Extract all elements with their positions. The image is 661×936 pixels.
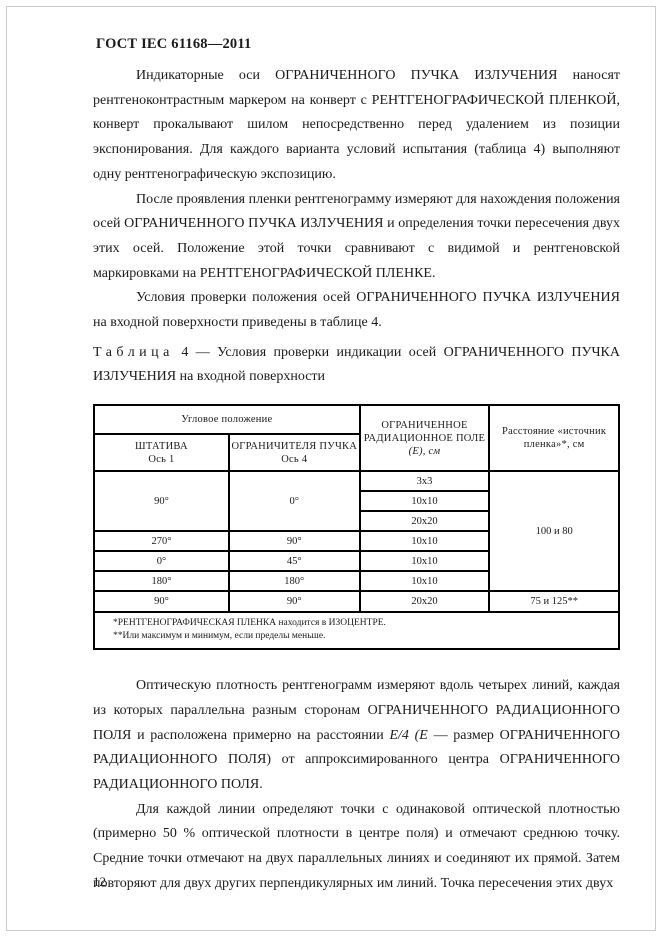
- cell-distance-main: 100 и 80: [489, 471, 619, 591]
- table-caption-label: Таблица: [93, 345, 174, 360]
- cell-limiter-group: 0°: [229, 471, 360, 531]
- paragraph-optical-density: Оптическую плотность рентгенограмм измер…: [93, 674, 620, 798]
- cell-field-10x10-d: 10x10: [360, 571, 490, 591]
- paragraph-film-measurement: После проявления пленки рентгенограмму и…: [93, 188, 620, 287]
- footnote-1: *РЕНТГЕНОГРАФИЧЕСКАЯ ПЛЕНКА находится в …: [113, 617, 612, 630]
- limiter-line2: Ось 4: [230, 453, 359, 466]
- page-content: ГОСТ IEC 61168—2011 Индикаторные оси ОГР…: [93, 36, 620, 896]
- radiation-field-line3: (Е), см: [361, 445, 489, 458]
- document-header: ГОСТ IEC 61168—2011: [96, 36, 620, 53]
- stand-line1: ШТАТИВА: [95, 440, 228, 453]
- distance-line2: пленка»*, см: [490, 438, 618, 451]
- cell-stand-180: 180°: [94, 571, 229, 591]
- paragraph-indicator-axes: Индикаторные оси ОГРАНИЧЕННОГО ПУЧКА ИЗЛ…: [93, 64, 620, 188]
- cell-stand-270: 270°: [94, 531, 229, 551]
- cell-stand-group: 90°: [94, 471, 229, 531]
- cell-field-10x10-c: 10x10: [360, 551, 490, 571]
- footnote-2: **Или максимум и минимум, если пределы м…: [113, 630, 612, 643]
- radiation-field-line1: ОГРАНИЧЕННОЕ: [361, 419, 489, 432]
- limiter-line1: ОГРАНИЧИТЕЛЯ ПУЧКА: [230, 440, 359, 453]
- table-caption: Таблица 4 — Условия проверки индикации о…: [93, 341, 620, 390]
- page-number: 12: [93, 874, 106, 890]
- cell-field-20x20-b: 20x20: [360, 591, 490, 612]
- cell-limiter-90b: 90°: [229, 591, 360, 612]
- stand-line2: Ось 1: [95, 453, 228, 466]
- table-caption-number: 4: [181, 345, 188, 360]
- table-caption-dash: —: [196, 345, 210, 360]
- radiation-field-line2: РАДИАЦИОННОЕ ПОЛЕ: [361, 432, 489, 445]
- header-cell-stand: ШТАТИВА Ось 1: [94, 434, 229, 471]
- header-cell-radiation-field: ОГРАНИЧЕННОЕ РАДИАЦИОННОЕ ПОЛЕ (Е), см: [360, 405, 490, 471]
- table-4: Угловое положение ОГРАНИЧЕННОЕ РАДИАЦИОН…: [93, 404, 620, 650]
- body-text-block-top: Индикаторные оси ОГРАНИЧЕННОГО ПУЧКА ИЗЛ…: [93, 64, 620, 336]
- cell-distance-75-125: 75 и 125**: [489, 591, 619, 612]
- header-cell-distance: Расстояние «источник пленка»*, см: [489, 405, 619, 471]
- table-header-row-group: Угловое положение ОГРАНИЧЕННОЕ РАДИАЦИОН…: [94, 405, 619, 434]
- cell-limiter-180: 180°: [229, 571, 360, 591]
- table-footnote-row: *РЕНТГЕНОГРАФИЧЕСКАЯ ПЛЕНКА находится в …: [94, 612, 619, 649]
- paragraph-density-points: Для каждой линии определяют точки с один…: [93, 798, 620, 897]
- table-row: 90° 90° 20x20 75 и 125**: [94, 591, 619, 612]
- cell-field-10x10-b: 10x10: [360, 531, 490, 551]
- cell-field-10x10-a: 10x10: [360, 491, 490, 511]
- table-row: 90° 0° 3x3 100 и 80: [94, 471, 619, 491]
- header-cell-beam-limiter: ОГРАНИЧИТЕЛЯ ПУЧКА Ось 4: [229, 434, 360, 471]
- table-footnotes: *РЕНТГЕНОГРАФИЧЕСКАЯ ПЛЕНКА находится в …: [94, 612, 619, 649]
- paragraph-test-conditions: Условия проверки положения осей ОГРАНИЧЕ…: [93, 286, 620, 335]
- cell-limiter-45: 45°: [229, 551, 360, 571]
- document-page: { "page": { "header_title": "ГОСТ IEC 61…: [0, 0, 661, 936]
- body-text-block-bottom: Оптическую плотность рентгенограмм измер…: [93, 674, 620, 896]
- cell-field-20x20-a: 20x20: [360, 511, 490, 531]
- p4-segment-italic: Е/4 (Е: [389, 728, 427, 743]
- cell-limiter-90: 90°: [229, 531, 360, 551]
- cell-stand-0: 0°: [94, 551, 229, 571]
- distance-line1: Расстояние «источник: [490, 425, 618, 438]
- cell-field-3x3: 3x3: [360, 471, 490, 491]
- header-cell-angular-position: Угловое положение: [94, 405, 360, 434]
- cell-stand-90: 90°: [94, 591, 229, 612]
